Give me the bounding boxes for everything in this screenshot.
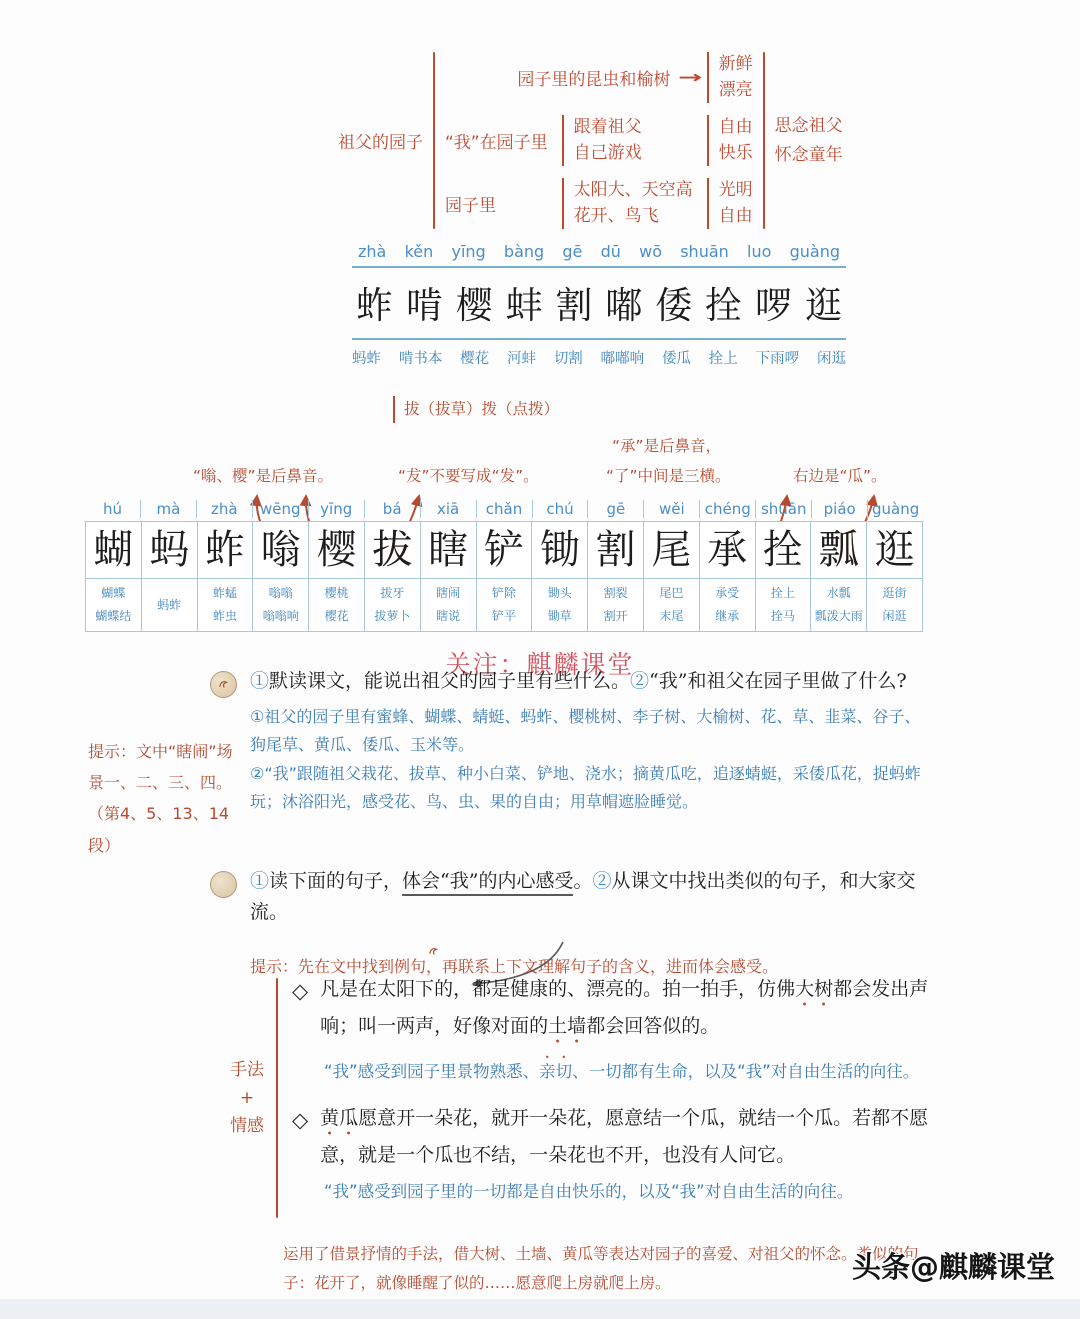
character-cell: 樱 xyxy=(308,522,364,578)
character-cell: 拴 xyxy=(755,522,811,578)
diamond-bullet-icon: ◇ xyxy=(292,974,308,1048)
item: 樱花 xyxy=(460,347,489,368)
pinyin-cell: hú xyxy=(85,500,140,518)
item: shuān xyxy=(680,242,729,261)
method-emotion-section: 手法+情感 ◇ 凡是在太阳下的，都是健康的、漂亮的。拍一拍手，仿佛大树都会发出声… xyxy=(222,974,934,1222)
word-cell: 锄头锄草 xyxy=(531,579,587,631)
mindmap-branches: 园子里的昆虫和榆树 → 新鲜漂亮 “我”在园子里 跟着祖父自己游戏 自由快乐 园… xyxy=(445,52,753,229)
quote-answer: “我”感受到园子里景物熟悉、亲切、一切都有生命，以及“我”对自由生活的向往。 xyxy=(324,1053,934,1087)
answer-2: ②“我”跟随祖父栽花、拔草、种小白菜、铲地、浇水；摘黄瓜吃，追逐蜻蜓，采倭瓜花，… xyxy=(250,760,928,817)
character-cell: 蝴 xyxy=(86,522,141,578)
table-character-row: 蝴蚂蚱嗡樱拔瞎铲锄割尾承拴瓢逛 xyxy=(85,521,923,579)
word-cell: 拴上拴马 xyxy=(755,579,811,631)
branch-3-result: 光明自由 xyxy=(707,178,753,229)
branch-2-result: 自由快乐 xyxy=(707,115,753,166)
text-run: 黄瓜 xyxy=(320,1107,358,1129)
word-cell: 承受继承 xyxy=(699,579,755,631)
item: 割 xyxy=(556,275,593,329)
text-run: 默读课文，能说出祖父的园子里有些什么。 xyxy=(269,670,630,692)
character-cell: 锄 xyxy=(531,522,587,578)
page-bottom-strip xyxy=(0,1299,1080,1319)
arrow-right-icon: → xyxy=(678,68,702,88)
item: zhà xyxy=(358,242,386,261)
item: 拴 xyxy=(705,275,742,329)
text-run: “我”感受到园子里的一切都是自由快乐的，以及“我”对自由生活的向往。 xyxy=(324,1182,853,1201)
item: bàng xyxy=(504,242,544,261)
item: 切割 xyxy=(554,347,583,368)
question-1-text: ①默读课文，能说出祖父的园子里有些什么。②“我”和祖父在园子里做了什么? xyxy=(250,666,928,697)
item: 快乐 xyxy=(719,141,753,167)
text-run: 土墙 xyxy=(548,1015,586,1037)
word-cell: 蚂蚱 xyxy=(141,579,197,631)
word-cell: 拔牙拔萝卜 xyxy=(364,579,420,631)
item: 运用了借景抒情的手法，借大树、土墙、黄瓜等表达对园子的喜爱、对祖父的怀念。 xyxy=(283,1245,857,1263)
word-row: 蚂蚱啃书本樱花河蚌切割嘟嘟响倭瓜拴上下雨啰闲逛 xyxy=(352,340,846,368)
pinyin-cell: chǎn xyxy=(476,500,532,518)
item: 闲逛 xyxy=(817,347,846,368)
text-run: “我”感受到园子里景物熟悉、 xyxy=(324,1062,539,1081)
item: kěn xyxy=(405,242,434,261)
text-run: 大树 xyxy=(795,978,833,1000)
word-cell: 铲除铲平 xyxy=(476,579,532,631)
pinyin-cell: yīng xyxy=(308,500,364,518)
character-cell: 瞎 xyxy=(420,522,476,578)
circled-number: ① xyxy=(250,870,269,892)
pinyin-cell: gē xyxy=(587,500,643,518)
character-cell: 逛 xyxy=(866,522,922,578)
item: 蚱 xyxy=(356,275,393,329)
pinyin-cell: chéng xyxy=(699,500,755,518)
item: 啃 xyxy=(406,275,443,329)
text-run: 读下面的句子， xyxy=(269,870,402,892)
circled-number: ② xyxy=(630,670,649,692)
pinyin-cell: shuān xyxy=(755,500,811,518)
pinyin-cell: chú xyxy=(532,500,588,518)
item: dū xyxy=(601,242,621,261)
example-sentences: ◇ 凡是在太阳下的，都是健康的、漂亮的。拍一拍手，仿佛大树都会发出声响；叫一两声… xyxy=(292,974,934,1222)
pinyin-row: zhàkěnyīngbànggēdūwōshuānluoguàng xyxy=(352,242,846,268)
example-item-2: ◇ 黄瓜愿意开一朵花，就开一朵花，愿意结一个瓜，就结一个瓜。若都不愿意，就是一个… xyxy=(292,1103,934,1207)
item: 嘟 xyxy=(605,275,642,329)
char-table: húmàzhàwēngyīngbáxiāchǎnchúgēwěichéngshu… xyxy=(85,500,923,632)
circled-number: ① xyxy=(250,670,269,692)
branch-label: 园子里的昆虫和榆树 xyxy=(517,65,670,90)
circled-number: ① xyxy=(250,707,264,726)
char-block-1: zhàkěnyīngbànggēdūwōshuānluoguàng 蚱啃樱蚌割嘟… xyxy=(352,242,846,368)
mindmap-conclusion: 思念祖父怀念童年 xyxy=(775,112,843,170)
pinyin-cell: zhà xyxy=(196,500,252,518)
item: guàng xyxy=(790,242,840,261)
item: 自己游戏 xyxy=(574,141,693,167)
character-cell: 割 xyxy=(587,522,643,578)
text-run: 都会回答似的。 xyxy=(586,1015,719,1037)
character-cell: 拔 xyxy=(364,522,420,578)
method-emotion-label: 手法+情感 xyxy=(222,974,272,1222)
quote-text: 凡是在太阳下的，都是健康的、漂亮的。拍一拍手，仿佛大树都会发出声响；叫一两声，好… xyxy=(320,974,934,1048)
item: 自由 xyxy=(719,204,753,230)
character-row: 蚱啃樱蚌割嘟倭拴啰逛 xyxy=(352,268,846,340)
word-cell: 嗡嗡嗡嗡响 xyxy=(252,579,308,631)
mindmap-branch-1: 园子里的昆虫和榆树 → xyxy=(517,65,692,90)
item: 逛 xyxy=(805,275,842,329)
answer-1: ①祖父的园子里有蜜蜂、蝴蝶、蜻蜓、蚂蚱、樱桃树、李子树、大榆树、花、草、韭菜、谷… xyxy=(250,703,928,760)
text-run: 、一切都有生命，以及“我”对自由生活的向往。 xyxy=(572,1062,919,1081)
branch-3-sub: 太阳大、天空高花开、鸟飞 xyxy=(562,178,693,229)
word-cell: 割裂割开 xyxy=(587,579,643,631)
question-block-2: ①读下面的句子，体会“我”的内心感受。②从课文中找出类似的句子，和大家交流。 提… xyxy=(250,866,930,979)
item: 光明 xyxy=(719,178,753,204)
branch-1-result: 新鲜漂亮 xyxy=(707,52,753,103)
table-word-row: 蝴蝶蝴蝶结蚂蚱蚱蜢蚱虫嗡嗡嗡嗡响樱桃樱花拔牙拔萝卜瞎闹瞎说铲除铲平锄头锄草割裂割… xyxy=(85,579,923,632)
word-cell: 蝴蝶蝴蝶结 xyxy=(86,579,141,631)
text-run: 愿意开一朵花，就开一朵花，愿意结一个瓜，就结一个瓜。若都不愿意，就是一个瓜也不结… xyxy=(320,1107,928,1166)
character-cell: 蚂 xyxy=(141,522,197,578)
branch-2-sub: 跟着祖父自己游戏 xyxy=(562,115,693,166)
pinyin-cell: xiā xyxy=(420,500,476,518)
pinyin-cell: piáo xyxy=(811,500,867,518)
quote-text: 黄瓜愿意开一朵花，就开一朵花，愿意结一个瓜，就结一个瓜。若都不愿意，就是一个瓜也… xyxy=(320,1103,934,1172)
item: 倭 xyxy=(655,275,692,329)
text-run: 体会“我”的内心感受 xyxy=(402,870,573,896)
example-item-1: ◇ 凡是在太阳下的，都是健康的、漂亮的。拍一拍手，仿佛大树都会发出声响；叫一两声… xyxy=(292,974,934,1087)
pinyin-cell: wēng xyxy=(252,500,308,518)
item: luo xyxy=(747,242,771,261)
item: 嘟嘟响 xyxy=(601,347,645,368)
word-cell: 瞎闹瞎说 xyxy=(420,579,476,631)
text-run: 亲切 xyxy=(539,1062,572,1081)
item: 啰 xyxy=(755,275,792,329)
item: gē xyxy=(562,242,582,261)
seal-icon xyxy=(210,671,237,698)
question-block-1: ①默读课文，能说出祖父的园子里有些什么。②“我”和祖父在园子里做了什么? ①祖父… xyxy=(250,666,928,817)
mindmap-root: 祖父的园子 xyxy=(338,128,423,153)
seal-icon xyxy=(210,871,237,898)
item: 花开、鸟飞 xyxy=(574,204,693,230)
item: 蚌 xyxy=(506,275,543,329)
method-bracket-line xyxy=(276,978,278,1218)
mindmap-closing-line xyxy=(763,52,765,229)
diamond-bullet-icon: ◇ xyxy=(292,1103,308,1172)
mindmap: 祖父的园子 园子里的昆虫和榆树 → 新鲜漂亮 “我”在园子里 跟着祖父自己游戏 … xyxy=(338,52,843,229)
watermark: 头条@麒麟课堂 xyxy=(852,1245,1055,1286)
question-2-text: ①读下面的句子，体会“我”的内心感受。②从课文中找出类似的句子，和大家交流。 xyxy=(250,866,930,928)
text-run: 。 xyxy=(573,870,592,892)
item: 拴上 xyxy=(709,347,738,368)
item: 啃书本 xyxy=(399,347,443,368)
quote-answer: “我”感受到园子里的一切都是自由快乐的，以及“我”对自由生活的向往。 xyxy=(324,1177,934,1207)
text-run: 祖父的园子里有蜜蜂、蝴蝶、蜻蜓、蚂蚱、樱桃树、李子树、大榆树、花、草、韭菜、谷子… xyxy=(250,707,920,754)
word-cell: 逛街闲逛 xyxy=(866,579,922,631)
item: wō xyxy=(639,242,662,261)
item: 跟着祖父 xyxy=(574,115,693,141)
item: 手法 xyxy=(222,1060,272,1080)
character-cell: 承 xyxy=(699,522,755,578)
mindmap-branch-3: 园子里 xyxy=(445,191,548,216)
word-cell: 尾巴末尾 xyxy=(643,579,699,631)
item: 樱 xyxy=(456,275,493,329)
circled-number: ② xyxy=(250,764,264,783)
item: 情感 xyxy=(222,1116,272,1136)
mindmap-bracket-line xyxy=(433,52,435,229)
character-cell: 尾 xyxy=(643,522,699,578)
item: 自由 xyxy=(719,115,753,141)
item: 思念祖父 xyxy=(775,112,843,141)
character-cell: 瓢 xyxy=(810,522,866,578)
text-run: “我”和祖父在园子里做了什么? xyxy=(649,670,907,692)
text-run: “我”跟随祖父栽花、拔草、种小白菜、铲地、浇水；摘黄瓜吃，追逐蜻蜓，采倭瓜花，捉… xyxy=(250,764,921,811)
table-pinyin-row: húmàzhàwēngyīngbáxiāchǎnchúgēwěichéngshu… xyxy=(85,500,923,518)
item: 新鲜 xyxy=(719,52,753,78)
item: 怀念童年 xyxy=(775,141,843,170)
circled-number: ② xyxy=(592,870,611,892)
item: 蚂蚱 xyxy=(352,347,381,368)
item: yīng xyxy=(451,242,485,261)
pinyin-cell: guàng xyxy=(867,500,923,518)
item: 漂亮 xyxy=(719,78,753,104)
mindmap-branch-2: “我”在园子里 xyxy=(445,128,548,153)
pinyin-cell: bá xyxy=(364,500,420,518)
character-cell: 嗡 xyxy=(252,522,308,578)
pinyin-cell: wěi xyxy=(643,500,699,518)
item: 太阳大、天空高 xyxy=(574,178,693,204)
item: 河蚌 xyxy=(507,347,536,368)
item: 倭瓜 xyxy=(662,347,691,368)
pinyin-cell: mà xyxy=(140,500,196,518)
word-cell: 蚱蜢蚱虫 xyxy=(197,579,253,631)
character-cell: 铲 xyxy=(476,522,532,578)
study-notes-page: 祖父的园子 园子里的昆虫和榆树 → 新鲜漂亮 “我”在园子里 跟着祖父自己游戏 … xyxy=(0,0,1080,1319)
text-run: 凡是在太阳下的，都是健康的、漂亮的。拍一拍手，仿佛 xyxy=(320,978,795,1000)
technique-summary: 运用了借景抒情的手法，借大树、土墙、黄瓜等表达对园子的喜爱、对祖父的怀念。类似的… xyxy=(283,1240,941,1297)
question-1-answers: ①祖父的园子里有蜜蜂、蝴蝶、蜻蜓、蚂蚱、樱桃树、李子树、大榆树、花、草、韭菜、谷… xyxy=(250,703,928,817)
word-cell: 水瓢瓢泼大雨 xyxy=(810,579,866,631)
item: + xyxy=(222,1088,272,1108)
character-cell: 蚱 xyxy=(197,522,253,578)
item: 下雨啰 xyxy=(756,347,800,368)
question-1-hint: 提示：文中“瞎闹”场景一、二、三、四。（第4、5、13、14段） xyxy=(88,736,246,861)
word-cell: 樱桃樱花 xyxy=(308,579,364,631)
